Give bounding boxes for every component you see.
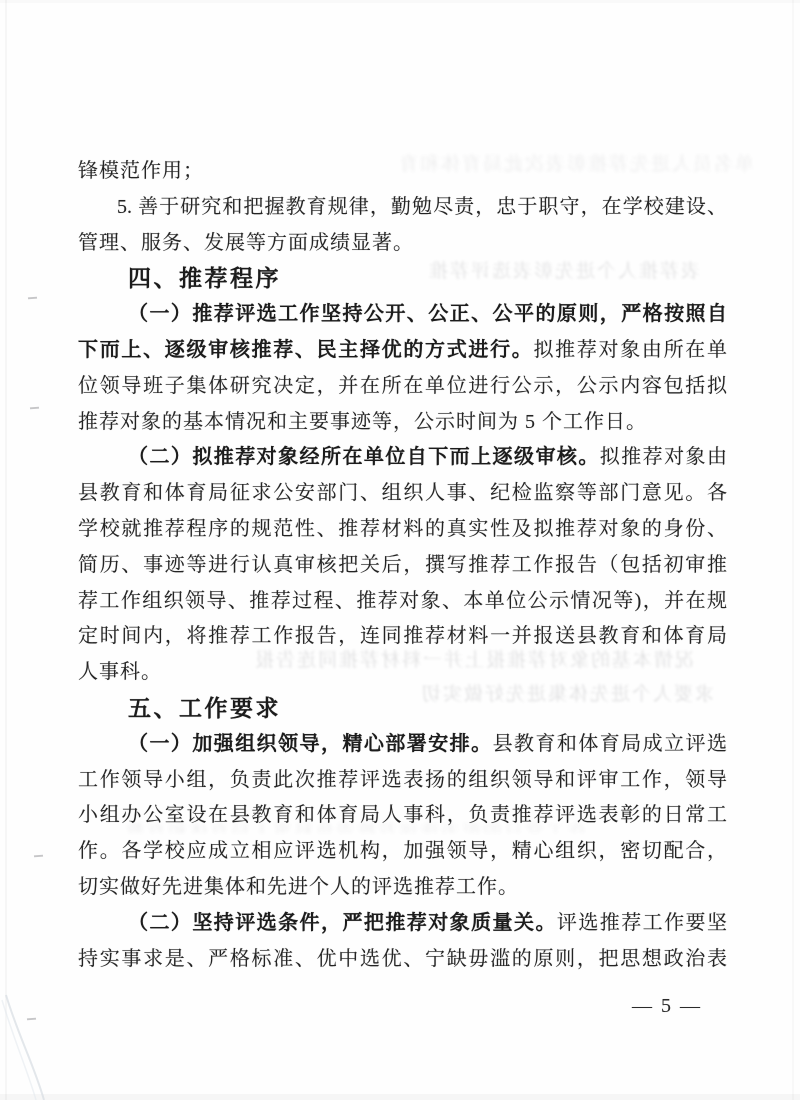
text-segment: 简历、事迹等进行认真审核把关后，撰写推荐工作报告（包括初审推 [78,554,727,576]
text-line: 5. 善于研究和把握教育规律，勤勉尽责，忠于职守，在学校建设、 [78,190,727,226]
text-segment: 管理、服务、发展等方面成绩显著。 [78,232,414,254]
margin-tick-artifact [27,1018,36,1021]
bold-text-segment: （二）拟推荐对象经所在单位自下而上逐级审核。 [128,446,600,468]
text-segment: 县教育和体育局征求公安部门、组织人事、纪检监察等部门意见。各 [78,482,727,504]
text-line: （二）坚持评选条件，严把推荐对象质量关。评选推荐工作要坚 [78,906,727,942]
text-line: 下而上、逐级审核推荐、民主择优的方式进行。拟推荐对象由所在单 [78,333,727,369]
text-line: 工作领导小组，负责此次推荐评选表扬的组织领导和评审工作，领导 [78,763,727,799]
scanned-document-page: 锋模范作用；5. 善于研究和把握教育规律，勤勉尽责，忠于职守，在学校建设、管理、… [0,0,800,1100]
scan-edge-left [5,0,7,1100]
text-line: （二）拟推荐对象经所在单位自下而上逐级审核。拟推荐对象由 [78,440,727,476]
bold-text-segment: （一）加强组织领导，精心部署安排。 [128,733,493,755]
text-line: 切实做好先进集体和先进个人的评选推荐工作。 [78,870,727,906]
text-segment: 锋模范作用； [78,160,204,182]
text-line: 学校就推荐程序的规范性、推荐材料的真实性及拟推荐对象的身份、 [78,512,727,548]
text-segment: 小组办公室设在县教育和体育局人事科，负责推荐评选表彰的日常工 [78,804,727,826]
page-number: — 5 — [632,995,702,1018]
text-line: 管理、服务、发展等方面成绩显著。 [78,226,727,262]
bold-text-segment: 五、工作要求 [128,695,281,721]
bold-text-segment: 四、推荐程序 [128,265,281,291]
text-line: （一）推荐评选工作坚持公开、公正、公平的原则，严格按照自 [78,297,727,333]
text-segment: 5. 善于研究和把握教育规律，勤勉尽责，忠于职守，在学校建设、 [117,196,727,218]
text-segment: 推荐对象的基本情况和主要事迹等，公示时间为 5 个工作日。 [78,411,647,433]
text-segment: 定时间内，将推荐工作报告，连同推荐材料一并报送县教育和体育局 [78,625,727,647]
text-line: 人事科。 [78,655,727,691]
section-heading: 四、推荐程序 [78,261,727,297]
text-segment: 拟推荐对象由所在单 [533,339,727,361]
section-heading: 五、工作要求 [78,691,727,727]
text-line: 锋模范作用； [78,154,727,190]
document-body: 锋模范作用；5. 善于研究和把握教育规律，勤勉尽责，忠于职守，在学校建设、管理、… [78,154,727,977]
text-line: 推荐对象的基本情况和主要事迹等，公示时间为 5 个工作日。 [78,405,727,441]
text-line: 简历、事迹等进行认真审核把关后，撰写推荐工作报告（包括初审推 [78,548,727,584]
text-line: 持实事求是、严格标准、优中选优、宁缺毋滥的原则，把思想政治表 [78,942,727,978]
scan-edge-top [0,0,800,3]
text-line: 小组办公室设在县教育和体育局人事科，负责推荐评选表彰的日常工 [78,798,727,834]
paper-crease-artifact [0,980,70,1100]
text-line: 定时间内，将推荐工作报告，连同推荐材料一并报送县教育和体育局 [78,619,727,655]
text-segment: 学校就推荐程序的规范性、推荐材料的真实性及拟推荐对象的身份、 [78,518,727,540]
text-segment: 位领导班子集体研究决定，并在所在单位进行公示，公示内容包括拟 [78,375,727,397]
bold-text-segment: （二）坚持评选条件，严把推荐对象质量关。 [128,912,557,934]
text-line: 作。各学校应成立相应评选机构，加强领导，精心组织，密切配合， [78,834,727,870]
bold-text-segment: 下而上、逐级审核推荐、民主择优的方式进行。 [78,339,533,361]
scan-edge-bottom [0,1094,800,1100]
margin-tick-artifact [34,855,43,858]
text-segment: 持实事求是、严格标准、优中选优、宁缺毋滥的原则，把思想政治表 [78,948,727,970]
text-line: 荐工作组织领导、推荐过程、推荐对象、本单位公示情况等)，并在规 [78,584,727,620]
scan-edge-right [792,0,794,1100]
text-segment: 人事科。 [78,661,162,683]
text-line: 县教育和体育局征求公安部门、组织人事、纪检监察等部门意见。各 [78,476,727,512]
text-segment: 作。各学校应成立相应评选机构，加强领导，精心组织，密切配合， [78,840,727,862]
margin-tick-artifact [28,297,37,300]
text-line: 位领导班子集体研究决定，并在所在单位进行公示，公示内容包括拟 [78,369,727,405]
bold-text-segment: （一）推荐评选工作坚持公开、公正、公平的原则，严格按照自 [128,303,727,325]
text-segment: 工作领导小组，负责此次推荐评选表扬的组织领导和评审工作，领导 [78,769,727,791]
text-segment: 评选推荐工作要坚 [557,912,727,934]
text-segment: 拟推荐对象由 [600,446,727,468]
text-line: （一）加强组织领导，精心部署安排。县教育和体育局成立评选 [78,727,727,763]
margin-tick-artifact [30,407,39,410]
text-segment: 切实做好先进集体和先进个人的评选推荐工作。 [78,876,519,898]
text-segment: 县教育和体育局成立评选 [493,733,727,755]
text-segment: 荐工作组织领导、推荐过程、推荐对象、本单位公示情况等)，并在规 [78,590,727,612]
